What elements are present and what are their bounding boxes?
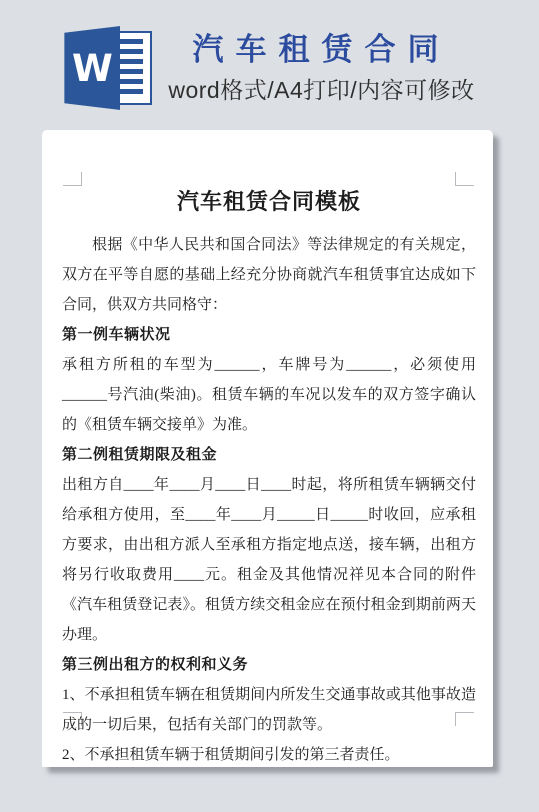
product-subtitle: word格式/A4打印/内容可修改	[168, 72, 474, 105]
document-paragraph-section-1: 承租方所租的车型为______，车牌号为______，必须使用______号汽油…	[62, 350, 476, 440]
header-text: 汽车租赁合同 word格式/A4打印/内容可修改	[168, 31, 474, 106]
section-heading-3: 第三例出租方的权利和义务	[62, 650, 476, 680]
document-paragraph-section-2: 出租方自____年____月____日____时起，将所租赁车辆辆交付给承租方使…	[62, 470, 476, 650]
document-title: 汽车租赁合同模板	[62, 187, 476, 217]
word-logo-letter: W	[72, 47, 113, 90]
word-logo-icon: W	[64, 26, 152, 110]
header: W 汽车租赁合同 word格式/A4打印/内容可修改	[0, 0, 539, 130]
section-heading-1: 第一例车辆状况	[62, 320, 476, 350]
document-page: 汽车租赁合同模板 根据《中华人民共和国合同法》等法律规定的有关规定，双方在平等自…	[42, 130, 493, 767]
document-paragraph-intro: 根据《中华人民共和国合同法》等法律规定的有关规定，双方在平等自愿的基础上经充分协…	[62, 230, 476, 320]
document-list-item-1: 1、不承担租赁车辆在租赁期间内所发生交通事故或其他事故造成的一切后果，包括有关部…	[62, 680, 476, 740]
document-list-item-2: 2、不承担租赁车辆于租赁期间引发的第三者责任。	[62, 740, 476, 767]
product-title: 汽车租赁合同	[192, 31, 450, 70]
template-preview: { "header": { "product_title": "汽车租赁合同",…	[0, 0, 539, 812]
section-heading-2: 第二例租赁期限及租金	[62, 440, 476, 470]
word-logo-cover: W	[64, 26, 120, 110]
document-content: 汽车租赁合同模板 根据《中华人民共和国合同法》等法律规定的有关规定，双方在平等自…	[42, 130, 493, 767]
